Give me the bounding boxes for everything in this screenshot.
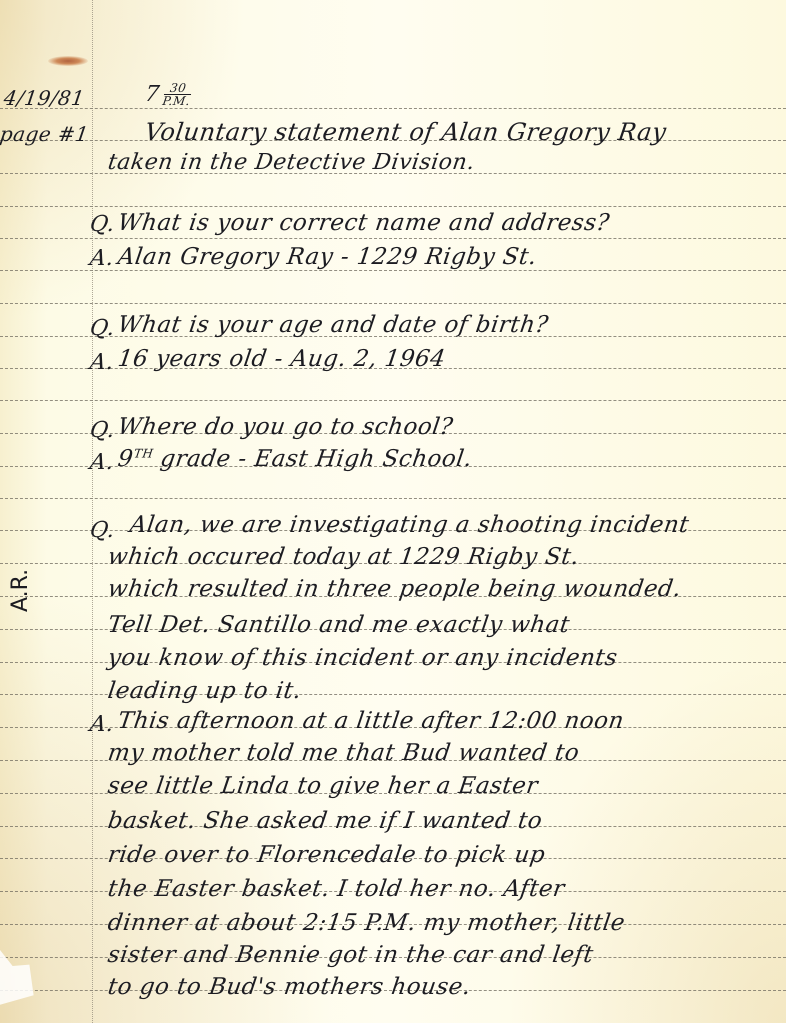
question-3: Where do you go to school? — [116, 414, 455, 440]
answer-marker: A. — [88, 450, 115, 475]
statement-date: 4/19/81 — [2, 86, 86, 110]
answer-4-line-9: to go to Bud's mothers house. — [106, 974, 472, 1000]
question-1: What is your correct name and address? — [116, 210, 611, 236]
question-marker: Q. — [88, 316, 116, 341]
time-hour: 7 — [143, 82, 161, 107]
question-4-line-4: Tell Det. Santillo and me exactly what — [106, 612, 571, 638]
question-4-line-5: you know of this incident or any inciden… — [106, 645, 619, 671]
answer-2: 16 years old - Aug. 2, 1964 — [116, 346, 447, 372]
ruled-line — [0, 400, 786, 401]
page-label: page #1 — [0, 122, 90, 146]
ruled-line — [0, 303, 786, 304]
answer-marker: A. — [88, 350, 115, 375]
question-4-line-3: which resulted in three people being wou… — [106, 576, 683, 602]
ruled-line — [0, 108, 786, 109]
question-4-line-1: Alan, we are investigating a shooting in… — [128, 512, 691, 538]
grade-suffix: TH — [133, 446, 154, 460]
ruled-line — [0, 498, 786, 499]
margin-initials: A.R. — [8, 569, 33, 612]
answer-4-line-6: the Easter basket. I told her no. After — [106, 876, 566, 902]
answer-marker: A. — [88, 712, 115, 737]
answer-4-line-5: ride over to Florencedale to pick up — [106, 842, 547, 868]
title-line-1: Voluntary statement of Alan Gregory Ray — [143, 118, 668, 146]
answer-4-line-2: my mother told me that Bud wanted to — [106, 740, 581, 766]
answer-4-line-3: see little Linda to give her a Easter — [106, 773, 539, 799]
time-meridiem: P.M. — [162, 95, 191, 107]
title-line-2: taken in the Detective Division. — [106, 150, 476, 175]
answer-4-line-4: basket. She asked me if I wanted to — [106, 808, 544, 834]
answer-4-line-8: sister and Bennie got in the car and lef… — [106, 942, 595, 968]
question-4-line-2: which occured today at 1229 Rigby St. — [106, 544, 581, 570]
question-marker: Q. — [88, 418, 116, 443]
statement-time: 730P.M. — [143, 82, 193, 107]
margin-line — [92, 0, 93, 1023]
answer-marker: A. — [88, 246, 115, 271]
question-marker: Q. — [88, 518, 116, 543]
question-2: What is your age and date of birth? — [116, 312, 550, 338]
answer-1: Alan Gregory Ray - 1229 Rigby St. — [116, 244, 538, 270]
stain-mark — [48, 56, 88, 66]
ruled-line — [0, 206, 786, 207]
ruled-line — [0, 270, 786, 271]
ruled-line — [0, 238, 786, 239]
answer-4-line-7: dinner at about 2:15 P.M. my mother, lit… — [106, 910, 627, 936]
question-marker: Q. — [88, 212, 116, 237]
answer-3: 9TH grade - East High School. — [116, 446, 474, 472]
question-4-line-6: leading up to it. — [106, 678, 303, 704]
answer-4-line-1: This afternoon at a little after 12:00 n… — [116, 708, 626, 734]
answer-3-text: grade - East High School. — [159, 446, 474, 472]
